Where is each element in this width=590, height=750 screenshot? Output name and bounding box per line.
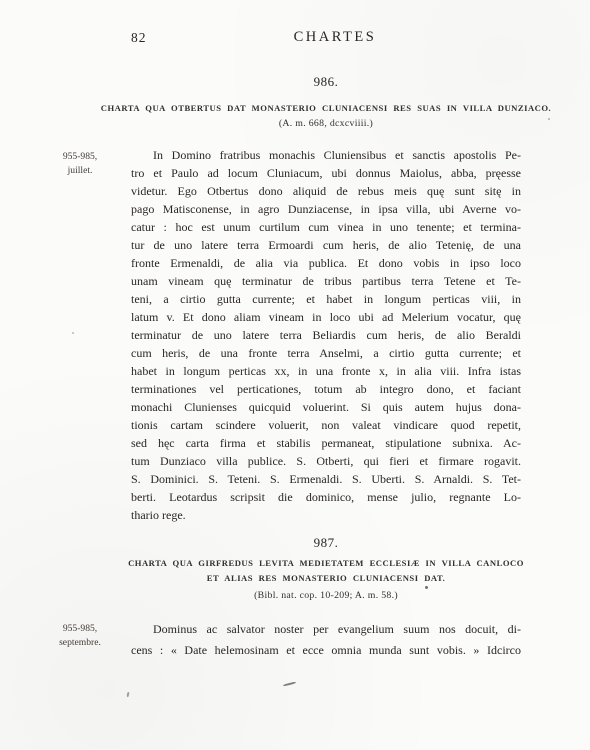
charter-986-body: In Domino fratribus monachis Cluniensibu… — [131, 146, 521, 524]
charter-987-title-line2: ET ALIAS RES MONASTERIO CLUNIACENSI DAT. — [96, 571, 556, 586]
running-title: CHARTES — [105, 29, 565, 46]
charter-986-number: 986. — [96, 74, 556, 90]
body-line: tum Dunziaco villa publice. S. Otberti, … — [131, 452, 521, 470]
charter-986-body-wrap: In Domino fratribus monachis Cluniensibu… — [96, 146, 556, 524]
body-line: unam vineam quę terminatur de tribus par… — [131, 272, 521, 290]
body-line: terminatur de uno latere terra Beliardis… — [131, 326, 521, 344]
charter-987-title-line1: CHARTA QUA GIRFREDUS LEVITA MEDIETATEM E… — [96, 556, 556, 571]
scan-speck — [548, 118, 550, 120]
body-line: habet in longum perticas xx, in una fron… — [131, 362, 521, 380]
body-line: fronte Ermenaldi, de alia via publica. E… — [131, 254, 521, 272]
body-line: thario rege. — [131, 506, 521, 524]
body-line: videtur. Ego Otbertus dono aliquid de re… — [131, 182, 521, 200]
scan-speck — [72, 332, 74, 334]
body-line: Dominus ac salvator noster per evangeliu… — [131, 619, 521, 640]
body-line: terminationes vel perticationes, totum a… — [131, 380, 521, 398]
body-line: pago Matisconense, in agro Dunziacense, … — [131, 200, 521, 218]
body-line: latum v. Et dono aliam vineam in loco ub… — [131, 308, 521, 326]
charter-986-reference: (A. m. 668, dcxcviiii.) — [96, 118, 556, 129]
body-line: tionis cartam scindere voluerit, non val… — [131, 416, 521, 434]
body-line: sed hęc carta firma et stabilis permanea… — [131, 434, 521, 452]
body-line: tro et Paulo ad locum Cluniacum, ubi don… — [131, 164, 521, 182]
charter-987-number: 987. — [96, 535, 556, 551]
scanned-book-page: 82 CHARTES 986. CHARTA QUA OTBERTUS DAT … — [0, 0, 590, 750]
body-line: S. Dominici. S. Teteni. S. Ermenaldi. S.… — [131, 470, 521, 488]
body-line: berti. Leotardus scripsit die dominico, … — [131, 488, 521, 506]
body-line: In Domino fratribus monachis Cluniensibu… — [131, 146, 521, 164]
charter-986-title: CHARTA QUA OTBERTUS DAT MONASTERIO CLUNI… — [96, 101, 556, 116]
body-line: tur de uno latere terra Ermoardi cum her… — [131, 236, 521, 254]
charter-987-title: CHARTA QUA GIRFREDUS LEVITA MEDIETATEM E… — [96, 556, 556, 586]
body-line: cens : « Date helemosinam et ecce omnia … — [131, 640, 521, 661]
body-line: teni, a cirtio gutta currente; et habet … — [131, 290, 521, 308]
scan-speck — [127, 692, 130, 697]
body-line: monachi Clunienses quicquid voluerint. S… — [131, 398, 521, 416]
body-line: catur : hoc est unum curtilum cum vinea … — [131, 218, 521, 236]
charter-987-reference: (Bibl. nat. cop. 10-209; A. m. 58.) — [96, 590, 556, 601]
scan-speck — [425, 586, 428, 589]
charter-987-body: Dominus ac salvator noster per evangeliu… — [131, 619, 521, 660]
charter-987-body-wrap: Dominus ac salvator noster per evangeliu… — [96, 619, 556, 660]
scan-speck — [283, 681, 296, 686]
body-line: cum heris, de una fronte terra Anselmi, … — [131, 344, 521, 362]
